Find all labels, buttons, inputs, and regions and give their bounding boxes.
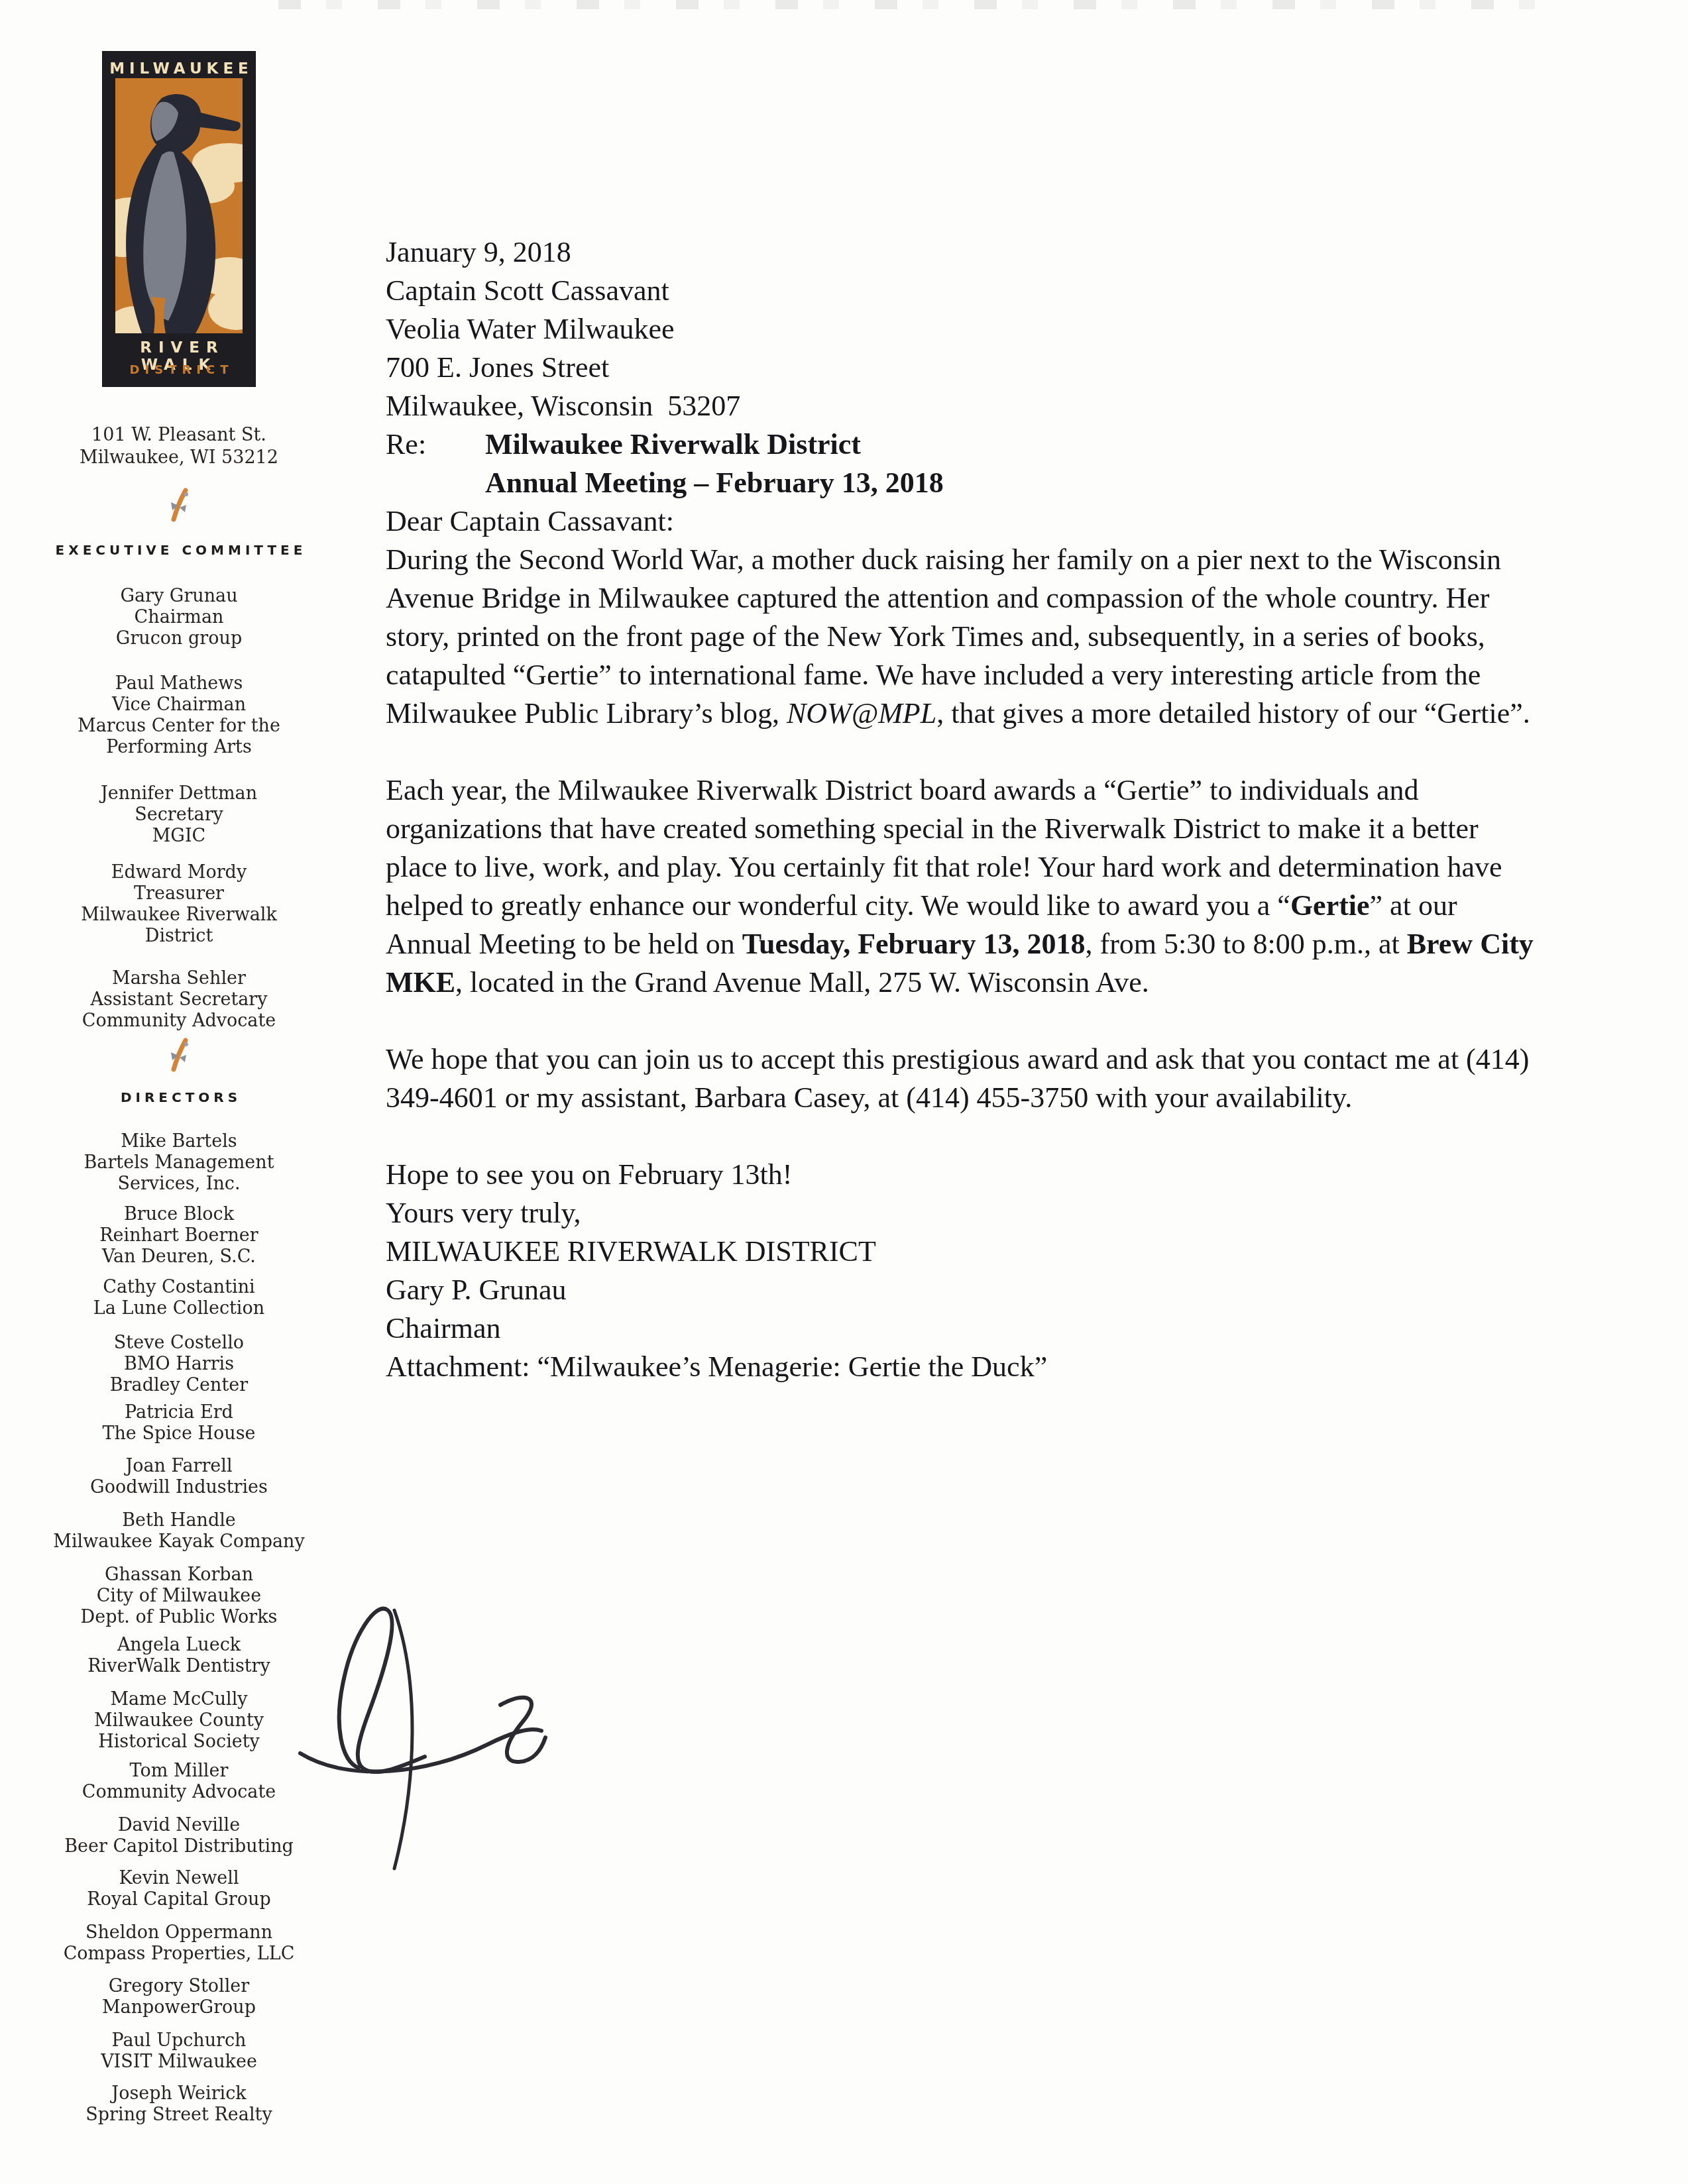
sidebar-entry-line: Bradley Center	[33, 1375, 325, 1396]
text-segment: Gertie	[1290, 889, 1370, 922]
letter-body: January 9, 2018 Captain Scott Cassavant …	[386, 233, 1542, 1386]
signer-title: Chairman	[386, 1309, 1542, 1348]
sidebar-entry-line: Van Deuren, S.C.	[33, 1246, 325, 1268]
letter-date: January 9, 2018	[386, 233, 1542, 272]
re-block: Re: Milwaukee Riverwalk District Annual …	[386, 425, 1542, 502]
sidebar-entry-line: Spring Street Realty	[33, 2104, 325, 2126]
sidebar-entry-line: Milwaukee County	[33, 1710, 325, 1731]
sidebar-entry-line: Beer Capitol Distributing	[33, 1836, 325, 1857]
re-subject-line: Annual Meeting – February 13, 2018	[485, 464, 944, 502]
text-segment: NOW@MPL	[787, 697, 936, 730]
sidebar-entry-line: Bartels Management	[33, 1152, 325, 1174]
sidebar-entry-line: Gregory Stoller	[33, 1976, 325, 1997]
sidebar-entry: Kevin NewellRoyal Capital Group	[33, 1868, 325, 1910]
sidebar-entry-line: Reinhart Boerner	[33, 1225, 325, 1246]
closing-line: Yours very truly,	[386, 1194, 1542, 1232]
sidebar-entry-line: City of Milwaukee	[33, 1586, 325, 1607]
re-subject-line: Milwaukee Riverwalk District	[485, 425, 944, 464]
sidebar-entry-line: Goodwill Industries	[33, 1477, 325, 1498]
text-segment: , located in the Grand Avenue Mall, 275 …	[455, 966, 1149, 999]
sidebar-entry-line: Cathy Costantini	[33, 1277, 325, 1298]
sidebar-entry-line: RiverWalk Dentistry	[33, 1656, 325, 1677]
sidebar-entry: Joan FarrellGoodwill Industries	[33, 1456, 325, 1498]
sidebar-entry: David NevilleBeer Capitol Distributing	[33, 1815, 325, 1857]
sidebar-entry-line: ManpowerGroup	[33, 1997, 325, 2018]
sidebar-entry: Patricia ErdThe Spice House	[33, 1402, 325, 1445]
signer-name: Gary P. Grunau	[386, 1271, 1542, 1309]
sidebar-entry: Paul UpchurchVISIT Milwaukee	[33, 2030, 325, 2073]
sidebar-entry-line: Angela Lueck	[33, 1635, 325, 1656]
recipient-line: Veolia Water Milwaukee	[386, 310, 1542, 349]
paragraph-gertie-history: During the Second World War, a mother du…	[386, 541, 1542, 733]
salutation: Dear Captain Cassavant:	[386, 502, 1542, 541]
sidebar-entry-line: Patricia Erd	[33, 1402, 325, 1423]
sidebar-entry-line: David Neville	[33, 1815, 325, 1836]
directors-list: Mike BartelsBartels ManagementServices, …	[60, 0, 298, 2184]
signature-block: Gary P. Grunau Chairman	[386, 1271, 1542, 1348]
sidebar-entry: Joseph WeirickSpring Street Realty	[33, 2083, 325, 2126]
hope-line: Hope to see you on February 13th!	[386, 1156, 1542, 1194]
re-label: Re:	[386, 425, 485, 502]
recipient-line: 700 E. Jones Street	[386, 349, 1542, 387]
sidebar-entry-line: BMO Harris	[33, 1354, 325, 1375]
text-segment: We hope that you can join us to accept t…	[386, 1043, 1529, 1114]
sidebar-entry-line: La Lune Collection	[33, 1298, 325, 1319]
sidebar-entry-line: Bruce Block	[33, 1204, 325, 1225]
sidebar-entry: Steve CostelloBMO HarrisBradley Center	[33, 1333, 325, 1396]
scanned-letter-page: MILWAUKEE RIVE	[0, 0, 1688, 2184]
sidebar-entry-line: Beth Handle	[33, 1510, 325, 1531]
recipient-address: Captain Scott Cassavant Veolia Water Mil…	[386, 272, 1542, 425]
sidebar-entry-line: Joan Farrell	[33, 1456, 325, 1477]
sidebar-entry: Beth HandleMilwaukee Kayak Company	[33, 1510, 325, 1553]
sidebar-entry-line: Ghassan Korban	[33, 1564, 325, 1586]
sidebar-entry-line: Steve Costello	[33, 1333, 325, 1354]
sidebar-entry-line: Dept. of Public Works	[33, 1607, 325, 1628]
scan-artifact	[278, 0, 1538, 9]
attachment-line: Attachment: “Milwaukee’s Menagerie: Gert…	[386, 1348, 1542, 1386]
sidebar-entry-line: Mame McCully	[33, 1689, 325, 1710]
text-segment: , from 5:30 to 8:00 p.m., at	[1086, 928, 1407, 960]
sidebar-entry-line: Kevin Newell	[33, 1868, 325, 1889]
sidebar-entry-line: Joseph Weirick	[33, 2083, 325, 2104]
sidebar-entry-line: Mike Bartels	[33, 1131, 325, 1152]
recipient-line: Captain Scott Cassavant	[386, 272, 1542, 310]
sidebar-entry: Cathy CostantiniLa Lune Collection	[33, 1277, 325, 1319]
sidebar-entry-line: Milwaukee Kayak Company	[33, 1531, 325, 1553]
sidebar-entry: Tom MillerCommunity Advocate	[33, 1761, 325, 1803]
sidebar-entry-line: Paul Upchurch	[33, 2030, 325, 2051]
sidebar-entry-line: VISIT Milwaukee	[33, 2051, 325, 2073]
sidebar-entry: Mame McCullyMilwaukee CountyHistorical S…	[33, 1689, 325, 1753]
sidebar-entry-line: Tom Miller	[33, 1761, 325, 1782]
sidebar-entry: Mike BartelsBartels ManagementServices, …	[33, 1131, 325, 1195]
letterhead-sidebar: MILWAUKEE RIVE	[60, 0, 298, 2184]
handwritten-signature	[295, 1569, 580, 1881]
re-subject: Milwaukee Riverwalk District Annual Meet…	[485, 425, 944, 502]
sidebar-entry: Sheldon OppermannCompass Properties, LLC	[33, 1922, 325, 1965]
sidebar-entry: Ghassan KorbanCity of MilwaukeeDept. of …	[33, 1564, 325, 1628]
text-segment: , that gives a more detailed history of …	[936, 697, 1530, 730]
organization-name: MILWAUKEE RIVERWALK DISTRICT	[386, 1232, 1542, 1271]
sidebar-entry-line: The Spice House	[33, 1423, 325, 1445]
sidebar-entry: Gregory StollerManpowerGroup	[33, 1976, 325, 2018]
sidebar-entry-line: Royal Capital Group	[33, 1889, 325, 1910]
text-segment: Tuesday, February 13, 2018	[742, 928, 1086, 960]
sidebar-entry-line: Sheldon Oppermann	[33, 1922, 325, 1943]
recipient-line: Milwaukee, Wisconsin 53207	[386, 387, 1542, 425]
sidebar-entry: Angela LueckRiverWalk Dentistry	[33, 1635, 325, 1677]
sidebar-entry-line: Community Advocate	[33, 1782, 325, 1803]
sidebar-entry-line: Compass Properties, LLC	[33, 1943, 325, 1965]
paragraph-contact-info: We hope that you can join us to accept t…	[386, 1040, 1542, 1117]
sidebar-entry-line: Services, Inc.	[33, 1174, 325, 1195]
sidebar-entry: Bruce BlockReinhart BoernerVan Deuren, S…	[33, 1204, 325, 1268]
sidebar-entry-line: Historical Society	[33, 1731, 325, 1753]
paragraph-award-invitation: Each year, the Milwaukee Riverwalk Distr…	[386, 771, 1542, 1002]
